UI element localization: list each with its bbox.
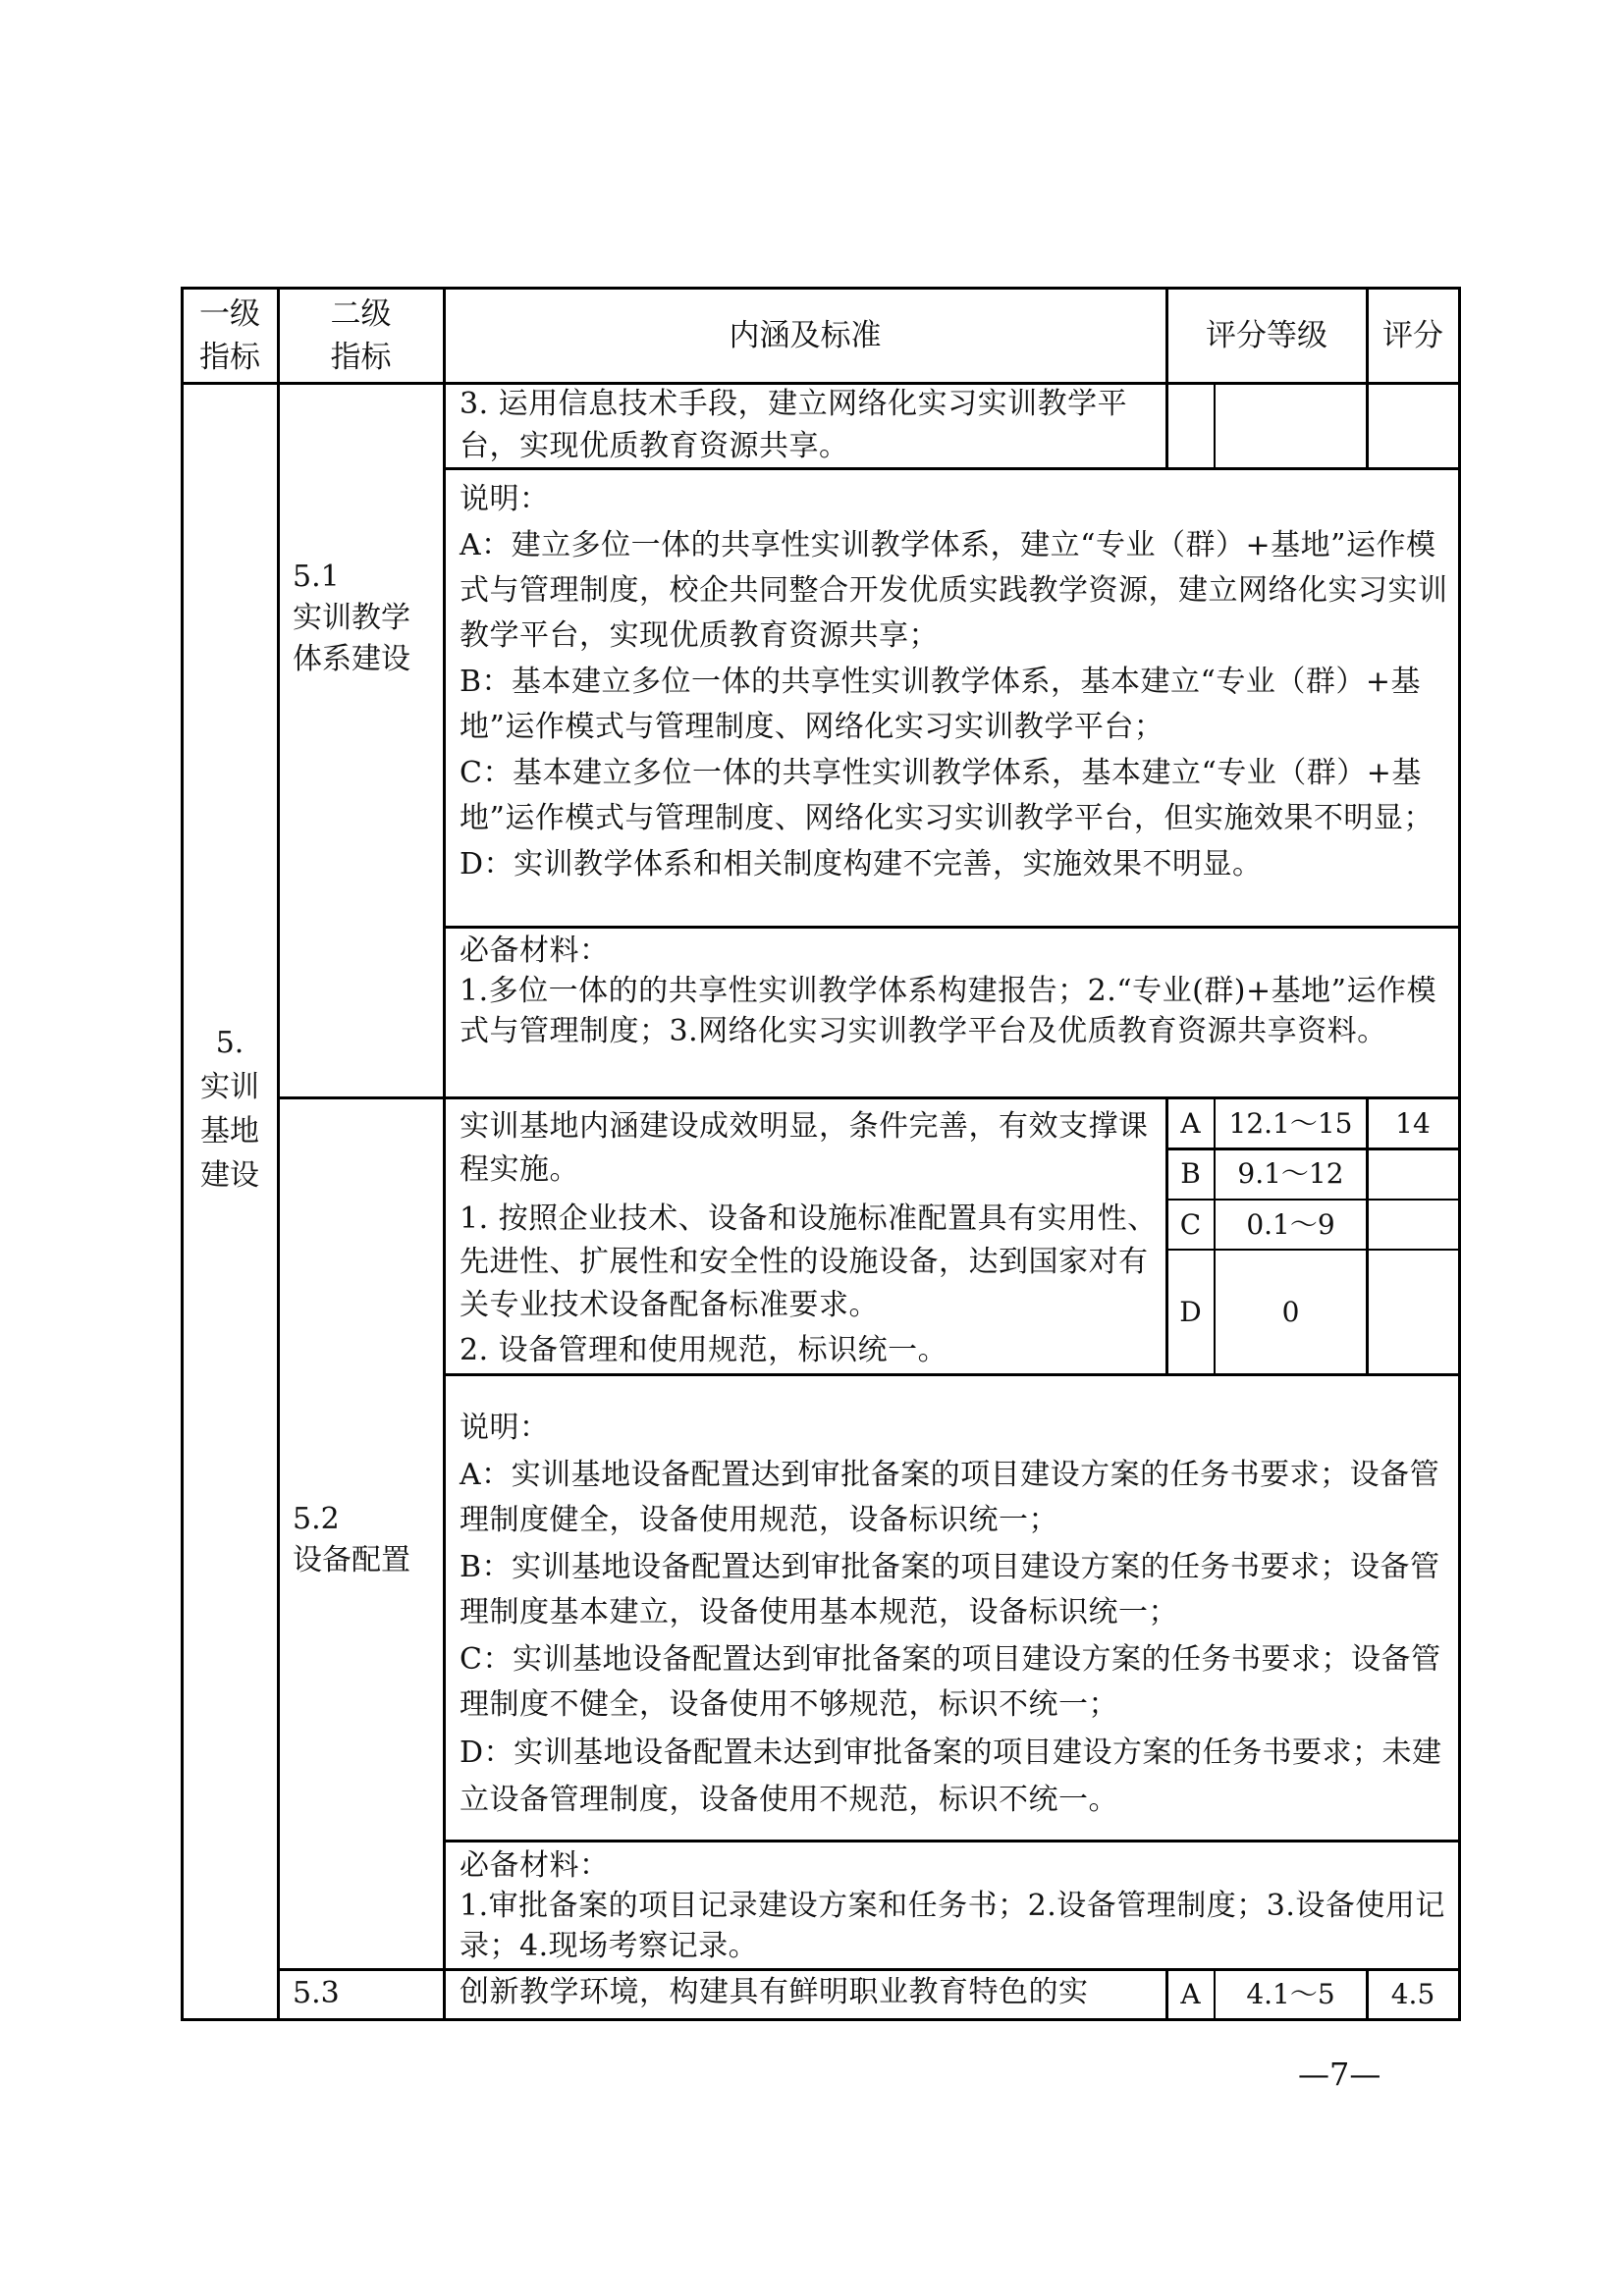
header-score: 评分 xyxy=(1368,289,1458,382)
explanation-b: B：基本建立多位一体的共享性实训教学体系，基本建立“专业（群）+基地”运作模式与… xyxy=(460,660,1451,750)
materials-list: 1.多位一体的的共享性实训教学体系构建报告；2.“专业(群)+基地”运作模式与管… xyxy=(460,971,1451,1051)
row52-materials: 必备材料： 1.审批备案的项目记录建设方案和任务书；2.设备管理制度；3.设备使… xyxy=(460,1845,1451,1966)
grade-level-b: B xyxy=(1167,1149,1214,1199)
table-border-bottom xyxy=(181,2018,1461,2021)
level1-number: 5. xyxy=(183,1021,277,1065)
explanation-c: C：实训基地设备配置达到审批备案的项目建设方案的任务书要求；设备管理制度不健全，… xyxy=(460,1637,1451,1728)
grade-score-c[interactable] xyxy=(1368,1201,1458,1249)
explanation-a: A：建立多位一体的共享性实训教学体系，建立“专业（群）+基地”运作模式与管理制度… xyxy=(460,523,1451,659)
grade-level-c: C xyxy=(1167,1201,1214,1249)
col-divider-4a xyxy=(1214,383,1216,469)
row51-materials: 必备材料： 1.多位一体的的共享性实训教学体系构建报告；2.“专业(群)+基地”… xyxy=(460,931,1451,1051)
level2-indicator-5-2: 5.2 设备配置 xyxy=(293,1499,440,1581)
grade-level-a: A xyxy=(1167,1099,1214,1148)
materials-title: 必备材料： xyxy=(460,1845,1451,1886)
header-grade: 评分等级 xyxy=(1167,289,1366,382)
level1-indicator: 5. 实训 基地 建设 xyxy=(183,1021,277,1198)
grade-range-c: 0.1～9 xyxy=(1216,1201,1366,1249)
page-number: —7— xyxy=(1298,2056,1380,2093)
materials-title: 必备材料： xyxy=(460,931,1451,971)
header-level1: 一级 指标 xyxy=(183,289,277,382)
header-standard: 内涵及标准 xyxy=(445,289,1165,382)
level1-line: 基地 xyxy=(183,1109,277,1153)
row52-standard: 实训基地内涵建设成效明显，条件完善，有效支撑课程实施。 1. 按照企业技术、设备… xyxy=(460,1105,1159,1372)
explanation-b: B：实训基地设备配置达到审批备案的项目建设方案的任务书要求；设备管理制度基本建立… xyxy=(460,1545,1451,1635)
level2-indicator-5-1: 5.1 实训教学 体系建设 xyxy=(293,557,440,680)
row51-standard: 3. 运用信息技术手段，建立网络化实习实训教学平台，实现优质教育资源共享。 xyxy=(460,383,1159,467)
grade-range-b: 9.1～12 xyxy=(1216,1149,1366,1199)
row53-grade-level-a: A xyxy=(1167,1971,1214,2018)
row53-grade-score-a[interactable]: 4.5 xyxy=(1368,1971,1458,2018)
header-level2: 二级 指标 xyxy=(279,289,443,382)
grade-range-a: 12.1～15 xyxy=(1216,1099,1366,1148)
explanation-a: A：实训基地设备配置达到审批备案的项目建设方案的任务书要求；设备管理制度健全，设… xyxy=(460,1453,1451,1543)
level1-line: 实训 xyxy=(183,1065,277,1109)
row51-divider-standard xyxy=(443,467,1461,470)
grade-score-d[interactable] xyxy=(1368,1251,1458,1373)
grade-score-b[interactable] xyxy=(1368,1149,1458,1199)
explanation-title: 说明： xyxy=(460,1406,1451,1451)
grade-range-d: 0 xyxy=(1216,1251,1366,1373)
row52-divider-materials xyxy=(443,1840,1461,1842)
explanation-title: 说明： xyxy=(460,477,1451,522)
explanation-d: D：实训基地设备配置未达到审批备案的项目建设方案的任务书要求；未建立设备管理制度… xyxy=(460,1730,1451,1824)
row51-explanation: 说明： A：建立多位一体的共享性实训教学体系，建立“专业（群）+基地”运作模式与… xyxy=(460,477,1451,887)
row52-explanation: 说明： A：实训基地设备配置达到审批备案的项目建设方案的任务书要求；设备管理制度… xyxy=(460,1406,1451,1824)
row53-grade-range-a: 4.1～5 xyxy=(1216,1971,1366,2018)
table-border-right xyxy=(1458,287,1461,2021)
row53-standard: 创新教学环境，构建具有鲜明职业教育特色的实 xyxy=(460,1971,1159,2014)
level2-indicator-5-3: 5.3 xyxy=(293,1973,440,2014)
row52-divider-explanation xyxy=(443,1373,1461,1376)
col-divider-2 xyxy=(443,287,446,2021)
row51-divider-materials xyxy=(443,926,1461,929)
explanation-c: C：基本建立多位一体的共享性实训教学体系，基本建立“专业（群）+基地”运作模式与… xyxy=(460,751,1451,841)
grade-level-d: D xyxy=(1167,1251,1214,1373)
col-divider-1 xyxy=(277,287,280,2021)
materials-list: 1.审批备案的项目记录建设方案和任务书；2.设备管理制度；3.设备使用记录；4.… xyxy=(460,1886,1451,1966)
explanation-d: D：实训教学体系和相关制度构建不完善，实施效果不明显。 xyxy=(460,842,1451,887)
grade-score-a[interactable]: 14 xyxy=(1368,1099,1458,1148)
level1-line: 建设 xyxy=(183,1153,277,1198)
